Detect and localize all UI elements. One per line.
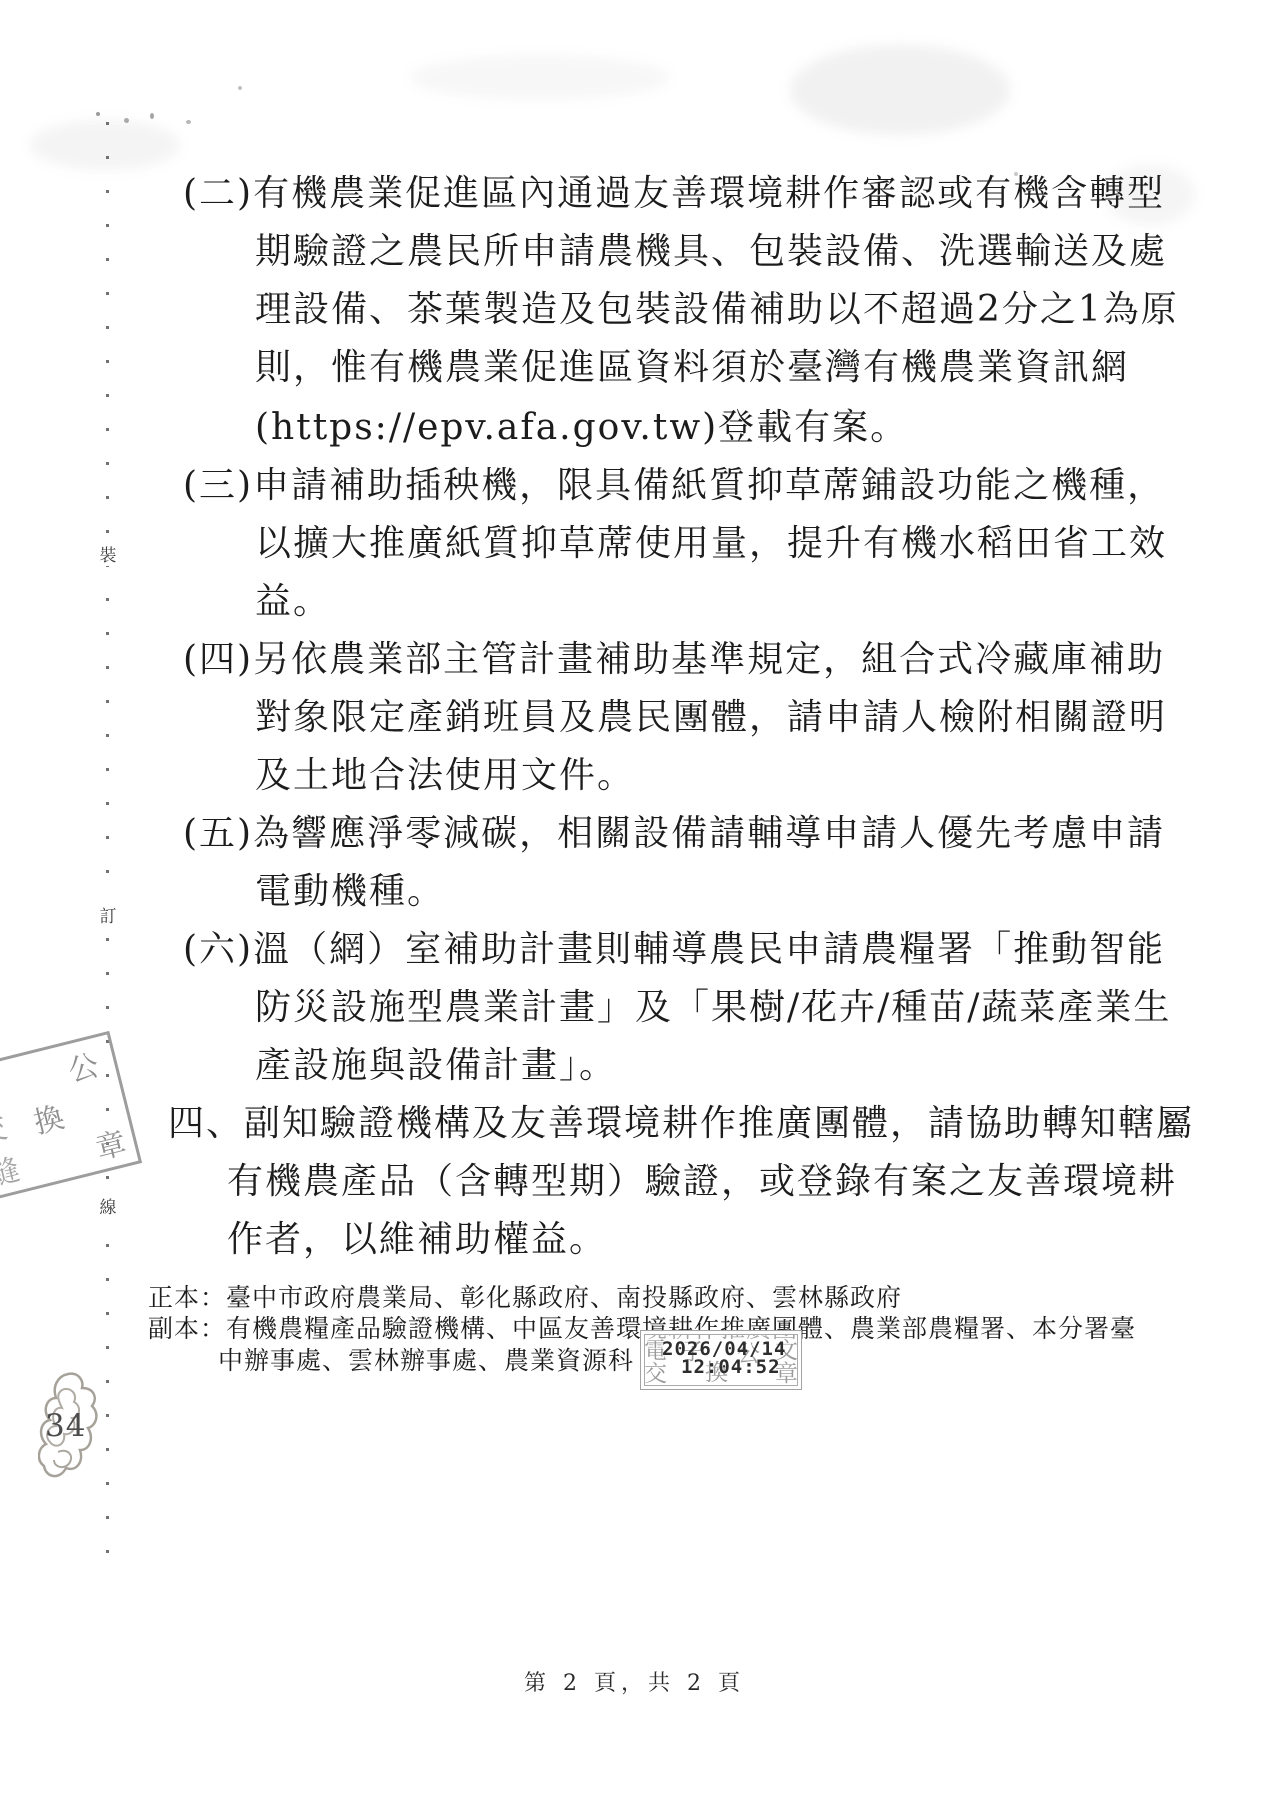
body-line: (六)溫（網）室補助計畫則輔導農民申請農糧署「推動智能	[183, 921, 1165, 972]
scan-speck	[124, 118, 129, 123]
side-exchange-stamp: 交 公 換 章 縫	[0, 1031, 142, 1201]
page-footer: 第 2 頁，共 2 頁	[524, 1666, 745, 1697]
binding-label-zhuang: 裝	[97, 541, 119, 566]
binding-label-xian: 線	[97, 1193, 119, 1218]
scan-speck	[150, 113, 154, 119]
body-line: 及土地合法使用文件。	[255, 747, 635, 798]
body-line: 理設備、茶葉製造及包裝設備補助以不超過2分之1為原	[255, 281, 1179, 332]
body-line: 益。	[255, 573, 331, 624]
body-line: (五)為響應淨零減碳，相關設備請輔導申請人優先考慮申請	[183, 805, 1165, 856]
scan-smudge	[790, 45, 1010, 135]
body-line: (四)另依農業部主管計畫補助基準規定，組合式冷藏庫補助	[183, 631, 1165, 682]
side-stamp-char: 公	[63, 1040, 103, 1090]
scan-speck	[238, 86, 242, 90]
body-line: (三)申請補助插秧機，限具備紙質抑草蓆鋪設功能之機種，	[183, 457, 1165, 508]
body-line: 電動機種。	[255, 863, 445, 914]
body-line: 有機農產品（含轉型期）驗證，或登錄有案之友善環境耕	[227, 1153, 1177, 1204]
scan-speck	[186, 120, 191, 124]
binding-label-ding: 訂	[97, 902, 119, 927]
side-stamp-char: 換	[28, 1092, 68, 1142]
body-line: 四、副知驗證機構及友善環境耕作推廣團體，請協助轉知轄屬	[168, 1095, 1194, 1146]
document-page: 裝 訂 線 交 公 換 章 縫 34 (二)有機農業促進區內通過友善環境耕作審認…	[0, 0, 1268, 1793]
scan-speck	[96, 112, 100, 116]
side-stamp-char: 章	[90, 1118, 130, 1168]
body-line: 以擴大推廣紙質抑草蓆使用量，提升有機水稻田省工效	[255, 515, 1167, 566]
electronic-exchange-stamp: 電 文 交 章 子 公 換 2026/04/14 12:04:52	[640, 1330, 802, 1390]
body-line: 作者，以維補助權益。	[227, 1211, 607, 1262]
side-stamp-char: 縫	[0, 1145, 23, 1195]
body-line: 對象限定產銷班員及農民團體，請申請人檢附相關證明	[255, 689, 1167, 740]
body-line: 期驗證之農民所申請農機具、包裝設備、洗選輸送及處	[255, 223, 1167, 274]
fuben-recipients-line2: 中辦事處、雲林辦事處、農業資源科	[218, 1341, 634, 1377]
body-line: 則，惟有機農業促進區資料須於臺灣有機農業資訊網	[255, 339, 1129, 390]
page-number-text: 34	[45, 1408, 86, 1444]
binding-dotted-line	[106, 122, 109, 1562]
scan-smudge	[410, 55, 670, 100]
body-line: 防災設施型農業計畫」及「果樹/花卉/種苗/蔬菜產業生	[255, 979, 1171, 1030]
body-line: (二)有機農業促進區內通過友善環境耕作審認或有機含轉型	[183, 165, 1165, 216]
body-line-url: (https://epv.afa.gov.tw)登載有案。	[255, 399, 908, 450]
body-line: 產設施與設備計畫」。	[255, 1037, 617, 1088]
stamp-time: 12:04:52	[681, 1356, 781, 1378]
page-number-stamp: 34	[38, 1372, 100, 1484]
scan-smudge	[30, 120, 180, 170]
